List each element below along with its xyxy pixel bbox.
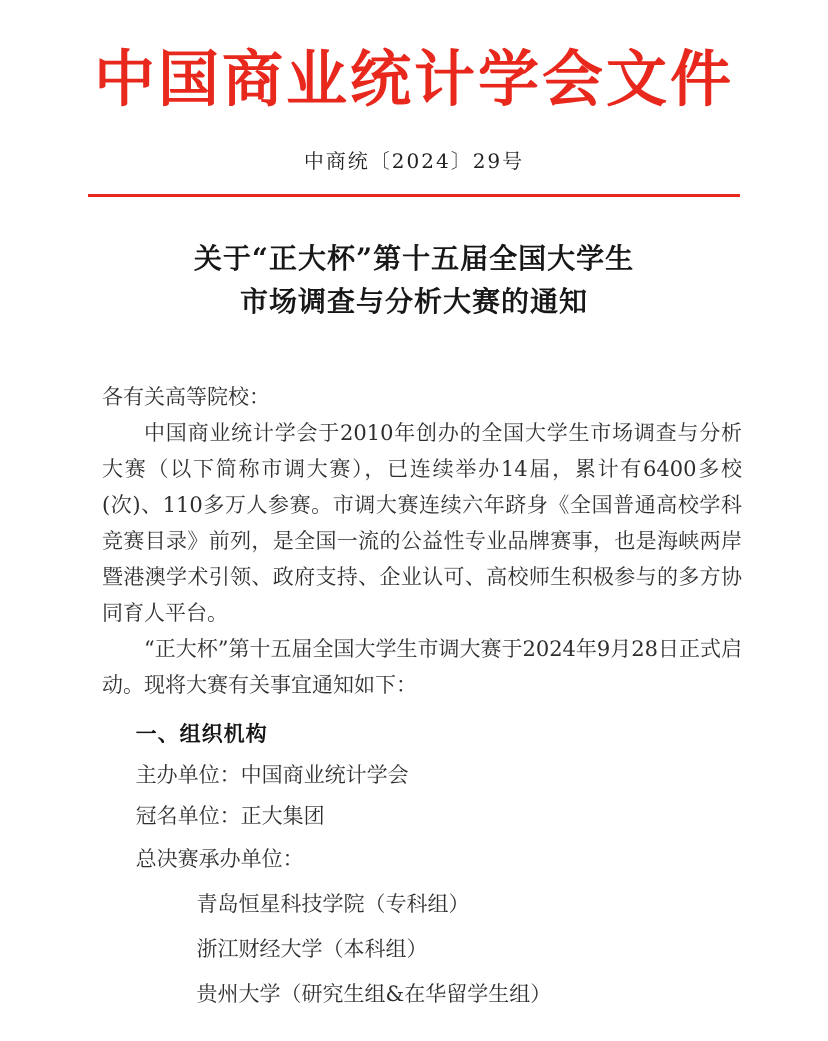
- document-title-line-1: 关于“正大杯”第十五届全国大学生: [0, 237, 828, 280]
- launch-paragraph: “正大杯”第十五届全国大学生市调大赛于2024年9月28日正式启动。现将大赛有关…: [102, 631, 742, 703]
- document-number: 中商统〔2024〕29号: [0, 148, 828, 174]
- finals-host-label: 总决赛承办单位：: [102, 839, 742, 880]
- issuing-authority-title: 中国商业统计学会文件: [0, 44, 828, 116]
- document-header: 中国商业统计学会文件 中商统〔2024〕29号: [0, 0, 828, 174]
- finals-host-item: 浙江财经大学（本科组）: [102, 927, 742, 972]
- intro-paragraph: 中国商业统计学会于2010年创办的全国大学生市场调查与分析大赛（以下简称市调大赛…: [102, 415, 742, 631]
- finals-host-list: 青岛恒星科技学院（专科组） 浙江财经大学（本科组） 贵州大学（研究生组&在华留学…: [102, 882, 742, 1017]
- salutation-line: 各有关高等院校：: [102, 379, 742, 415]
- document-title: 关于“正大杯”第十五届全国大学生 市场调查与分析大赛的通知: [0, 237, 828, 323]
- red-divider-line: [88, 194, 740, 197]
- title-sponsor-line: 冠名单位：正大集团: [102, 796, 742, 837]
- section-heading-organization: 一、组织机构: [102, 713, 742, 755]
- document-body: 各有关高等院校： 中国商业统计学会于2010年创办的全国大学生市场调查与分析大赛…: [102, 379, 742, 1017]
- document-page: 中国商业统计学会文件 中商统〔2024〕29号 关于“正大杯”第十五届全国大学生…: [0, 0, 828, 1041]
- organizer-line: 主办单位：中国商业统计学会: [102, 755, 742, 796]
- finals-host-item: 贵州大学（研究生组&在华留学生组）: [102, 972, 742, 1017]
- document-title-line-2: 市场调查与分析大赛的通知: [0, 280, 828, 323]
- finals-host-item: 青岛恒星科技学院（专科组）: [102, 882, 742, 927]
